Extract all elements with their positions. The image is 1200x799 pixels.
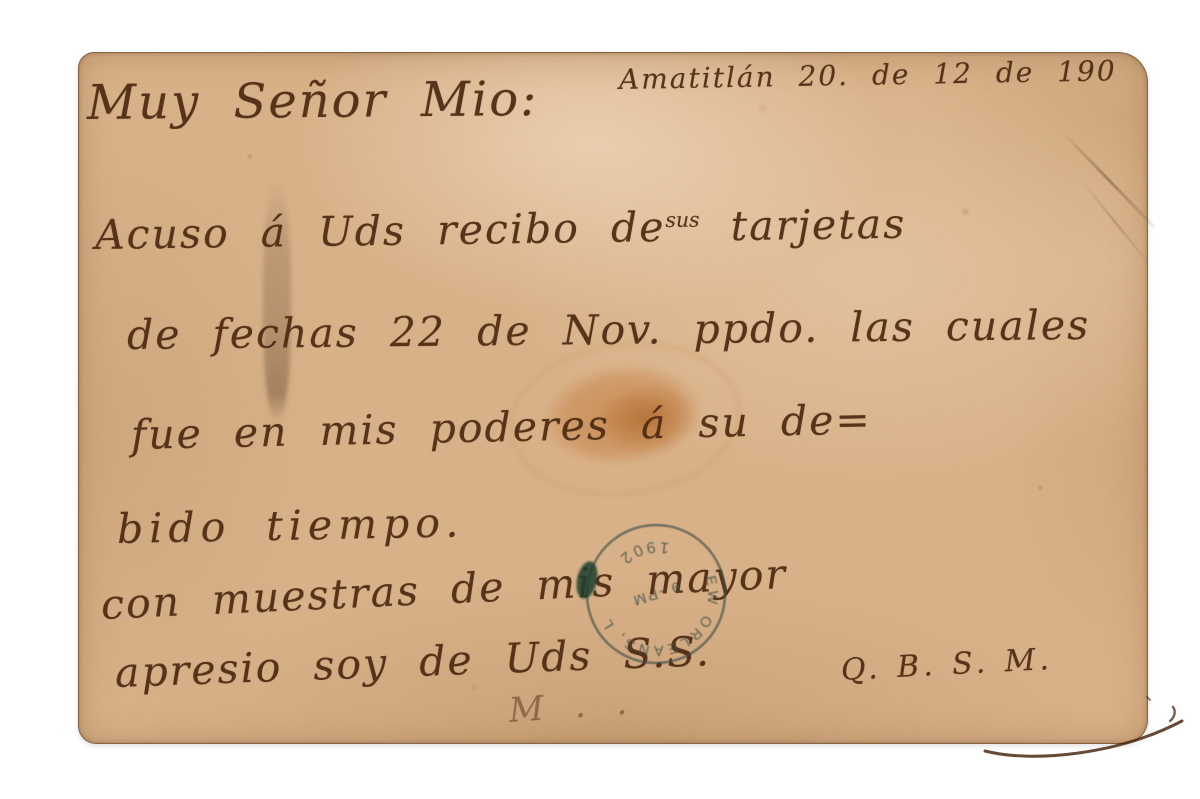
postmark-time-text: 9 -PM bbox=[629, 578, 682, 610]
body-line-1: Acuso á Uds recibo desus tarjetas bbox=[95, 200, 907, 259]
salutation: Muy Señor Mio: bbox=[87, 71, 539, 131]
signature-flourish-icon bbox=[977, 693, 1200, 765]
svg-text:1902: 1902 bbox=[610, 531, 675, 573]
body-line-2: de fechas 22 de Nov. ppdo. las cuales bbox=[127, 301, 1091, 359]
postmark-year-text: 1902 bbox=[610, 531, 675, 573]
postcard: Amatitlán 20. de 12 de 190 Muy Señor Mio… bbox=[78, 52, 1148, 744]
body-line-1-superscript: sus bbox=[665, 208, 700, 232]
dateline: Amatitlán 20. de 12 de 190 bbox=[619, 54, 1117, 96]
body-line-4: bido tiempo. bbox=[117, 498, 465, 553]
body-line-3: fue en mis poderes á su de= bbox=[130, 395, 872, 459]
body-line-1-post: tarjetas bbox=[730, 200, 906, 250]
closing-initials: Q. B. S. M. bbox=[840, 642, 1054, 688]
crease-line bbox=[1080, 179, 1148, 263]
body-line-1-pre: Acuso á Uds recibo de bbox=[95, 203, 666, 259]
